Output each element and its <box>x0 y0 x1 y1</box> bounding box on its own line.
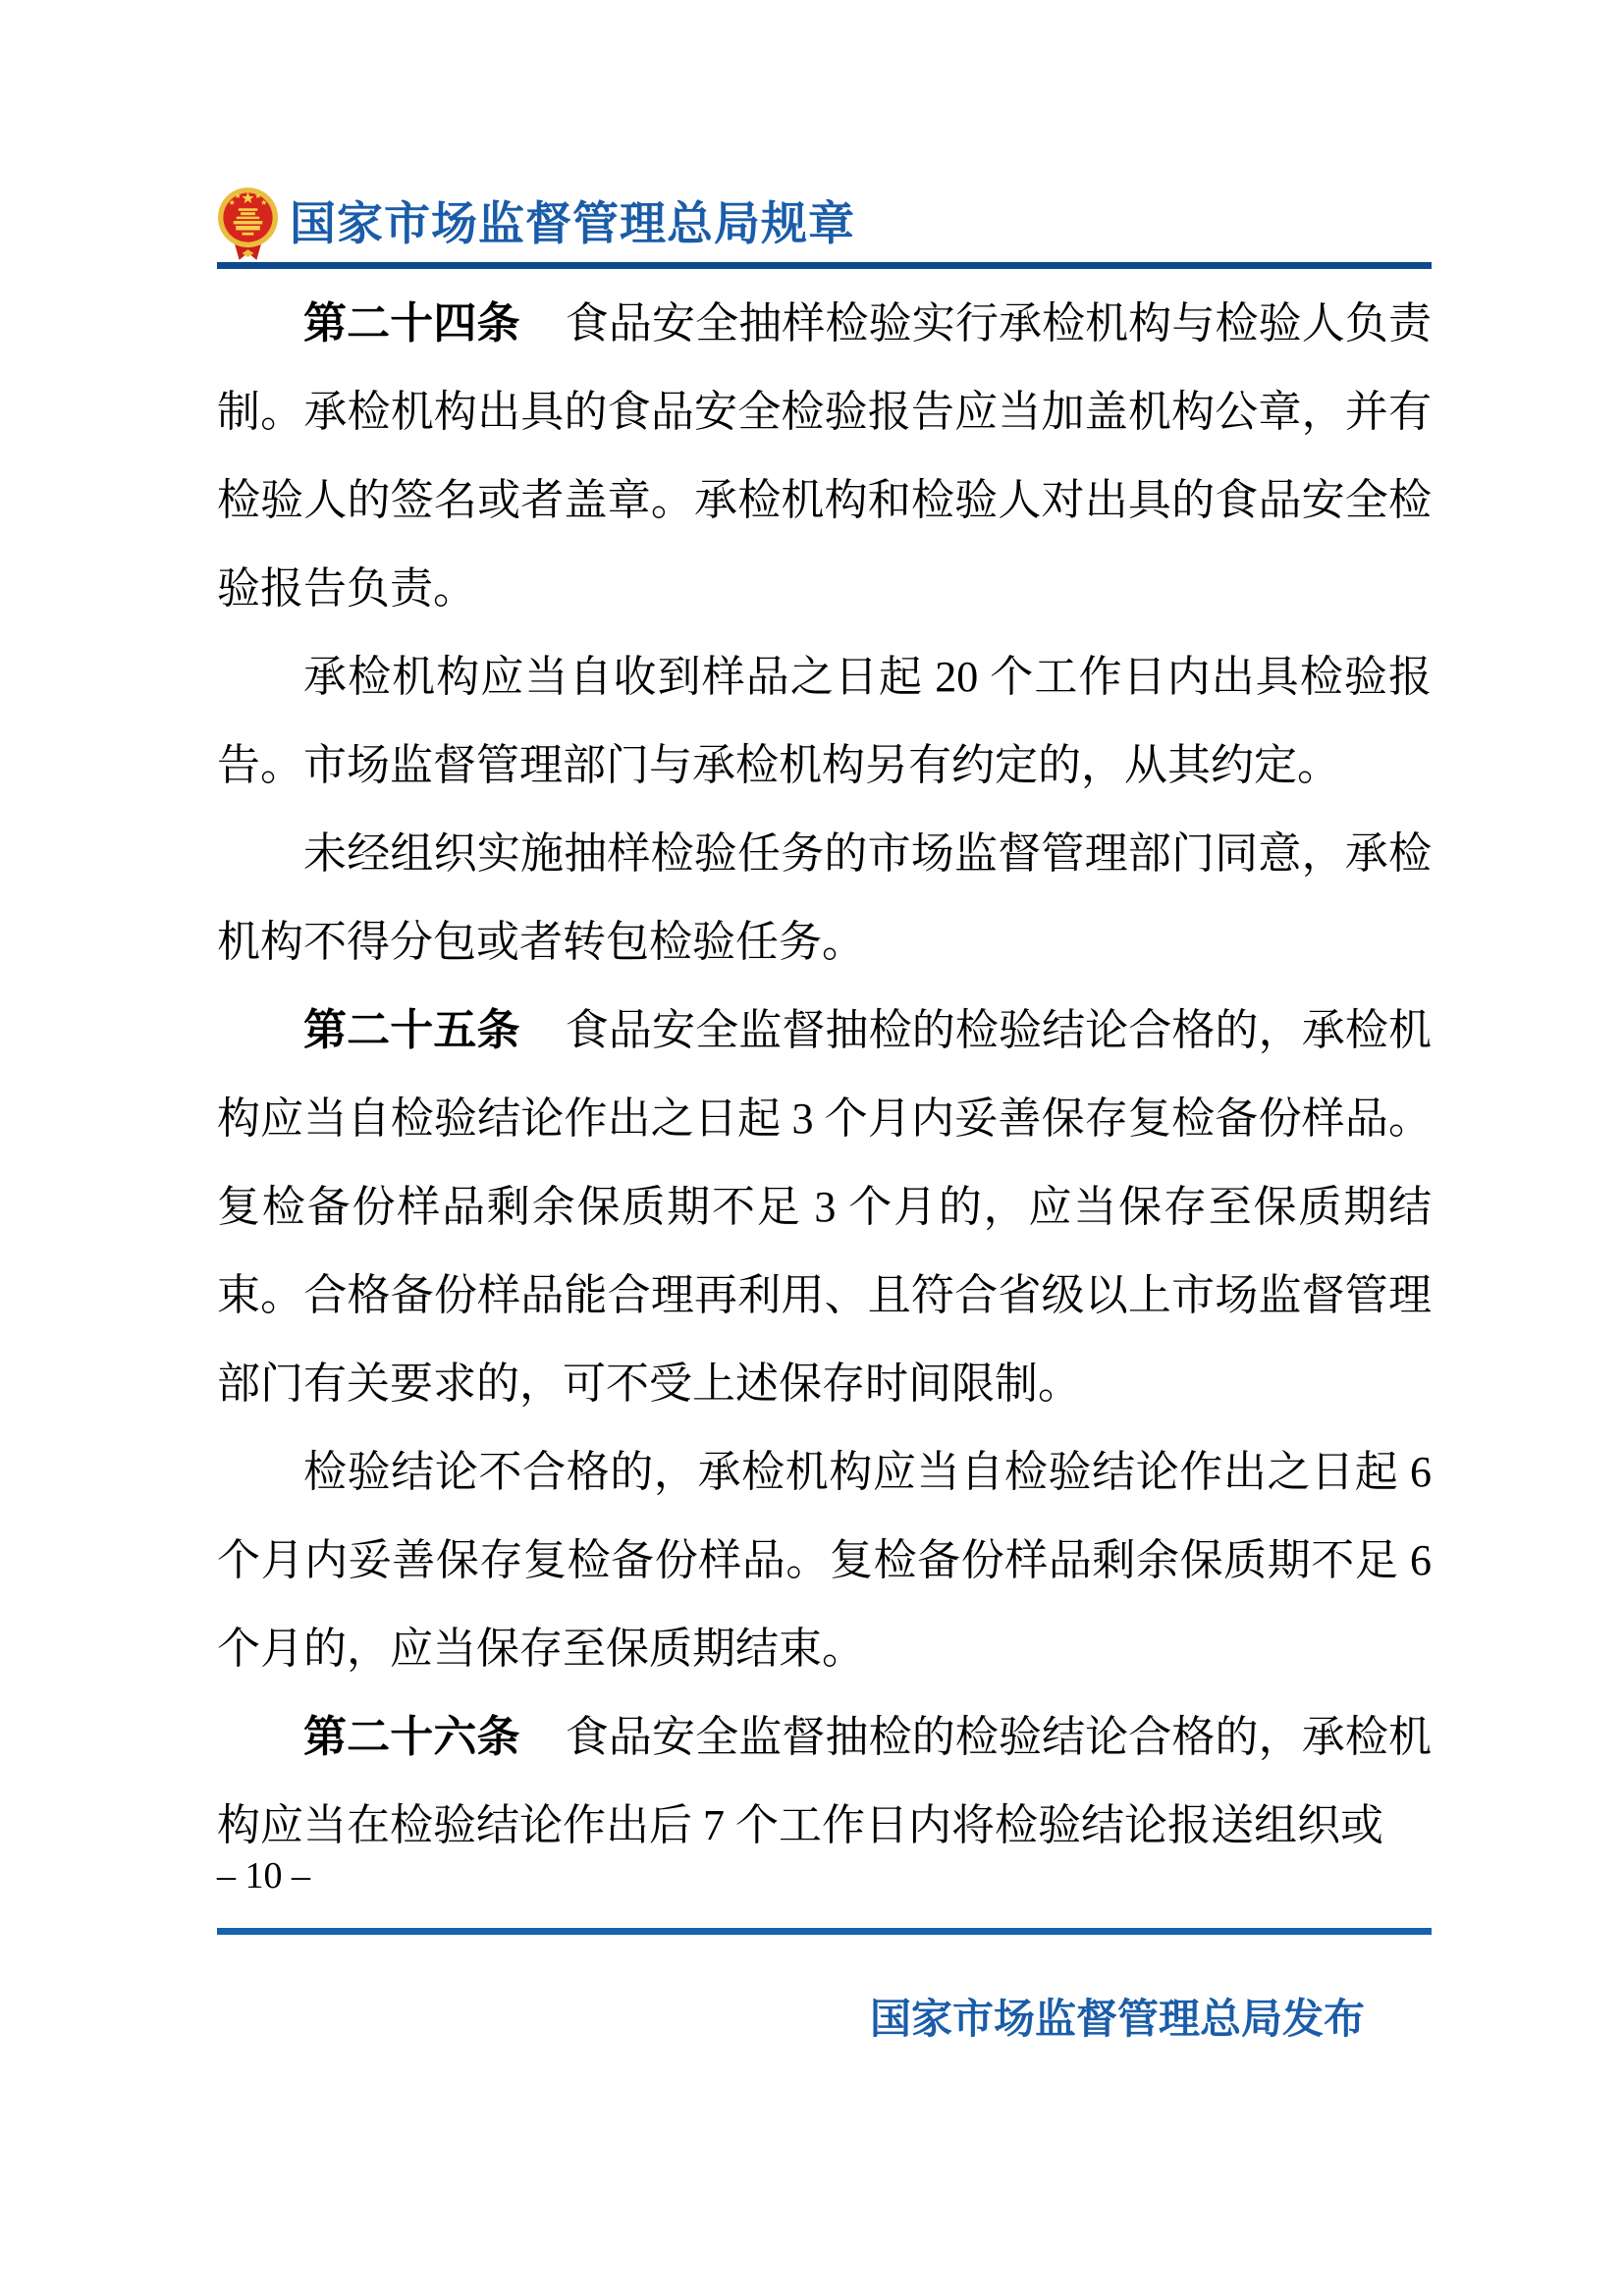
page-number: – 10 – <box>217 1853 310 1898</box>
paragraph-text: 食品安全监督抽检的检验结论合格的，承检机构应当自检验结论作出之日起 3 个月内妥… <box>217 1006 1432 1408</box>
header-rule <box>217 262 1432 269</box>
body-paragraph: 承检机构应当自收到样品之日起 20 个工作日内出具检验报告。市场监督管理部门与承… <box>217 633 1432 810</box>
paragraph-text: 检验结论不合格的，承检机构应当自检验结论作出之日起 6 个月内妥善保存复检备份样… <box>217 1448 1432 1673</box>
article-number: 第二十五条 <box>303 1006 520 1054</box>
article-number: 第二十六条 <box>303 1713 520 1761</box>
china-national-emblem-icon <box>217 186 279 263</box>
body-paragraph: 未经组织实施抽样检验任务的市场监督管理部门同意，承检机构不得分包或者转包检验任务… <box>217 810 1432 987</box>
document-header-title: 国家市场监督管理总局规章 <box>290 200 855 246</box>
body-paragraph: 第二十四条食品安全抽样检验实行承检机构与检验人负责制。承检机构出具的食品安全检验… <box>217 280 1432 633</box>
paragraph-text: 未经组织实施抽样检验任务的市场监督管理部门同意，承检机构不得分包或者转包检验任务… <box>217 829 1432 966</box>
body-paragraph: 第二十六条食品安全监督抽检的检验结论合格的，承检机构应当在检验结论作出后 7 个… <box>217 1693 1432 1870</box>
publisher-label: 国家市场监督管理总局发布 <box>217 1997 1432 2042</box>
document-page: 国家市场监督管理总局规章 第二十四条食品安全抽样检验实行承检机构与检验人负责制。… <box>0 0 1624 2296</box>
body-paragraph: 第二十五条食品安全监督抽检的检验结论合格的，承检机构应当自检验结论作出之日起 3… <box>217 987 1432 1428</box>
body-paragraph: 检验结论不合格的，承检机构应当自检验结论作出之日起 6 个月内妥善保存复检备份样… <box>217 1428 1432 1693</box>
article-number: 第二十四条 <box>303 299 520 347</box>
footer-rule <box>217 1928 1432 1935</box>
document-body: 第二十四条食品安全抽样检验实行承检机构与检验人负责制。承检机构出具的食品安全检验… <box>217 280 1432 1870</box>
document-header: 国家市场监督管理总局规章 <box>217 183 1432 263</box>
paragraph-text: 承检机构应当自收到样品之日起 20 个工作日内出具检验报告。市场监督管理部门与承… <box>217 653 1432 789</box>
